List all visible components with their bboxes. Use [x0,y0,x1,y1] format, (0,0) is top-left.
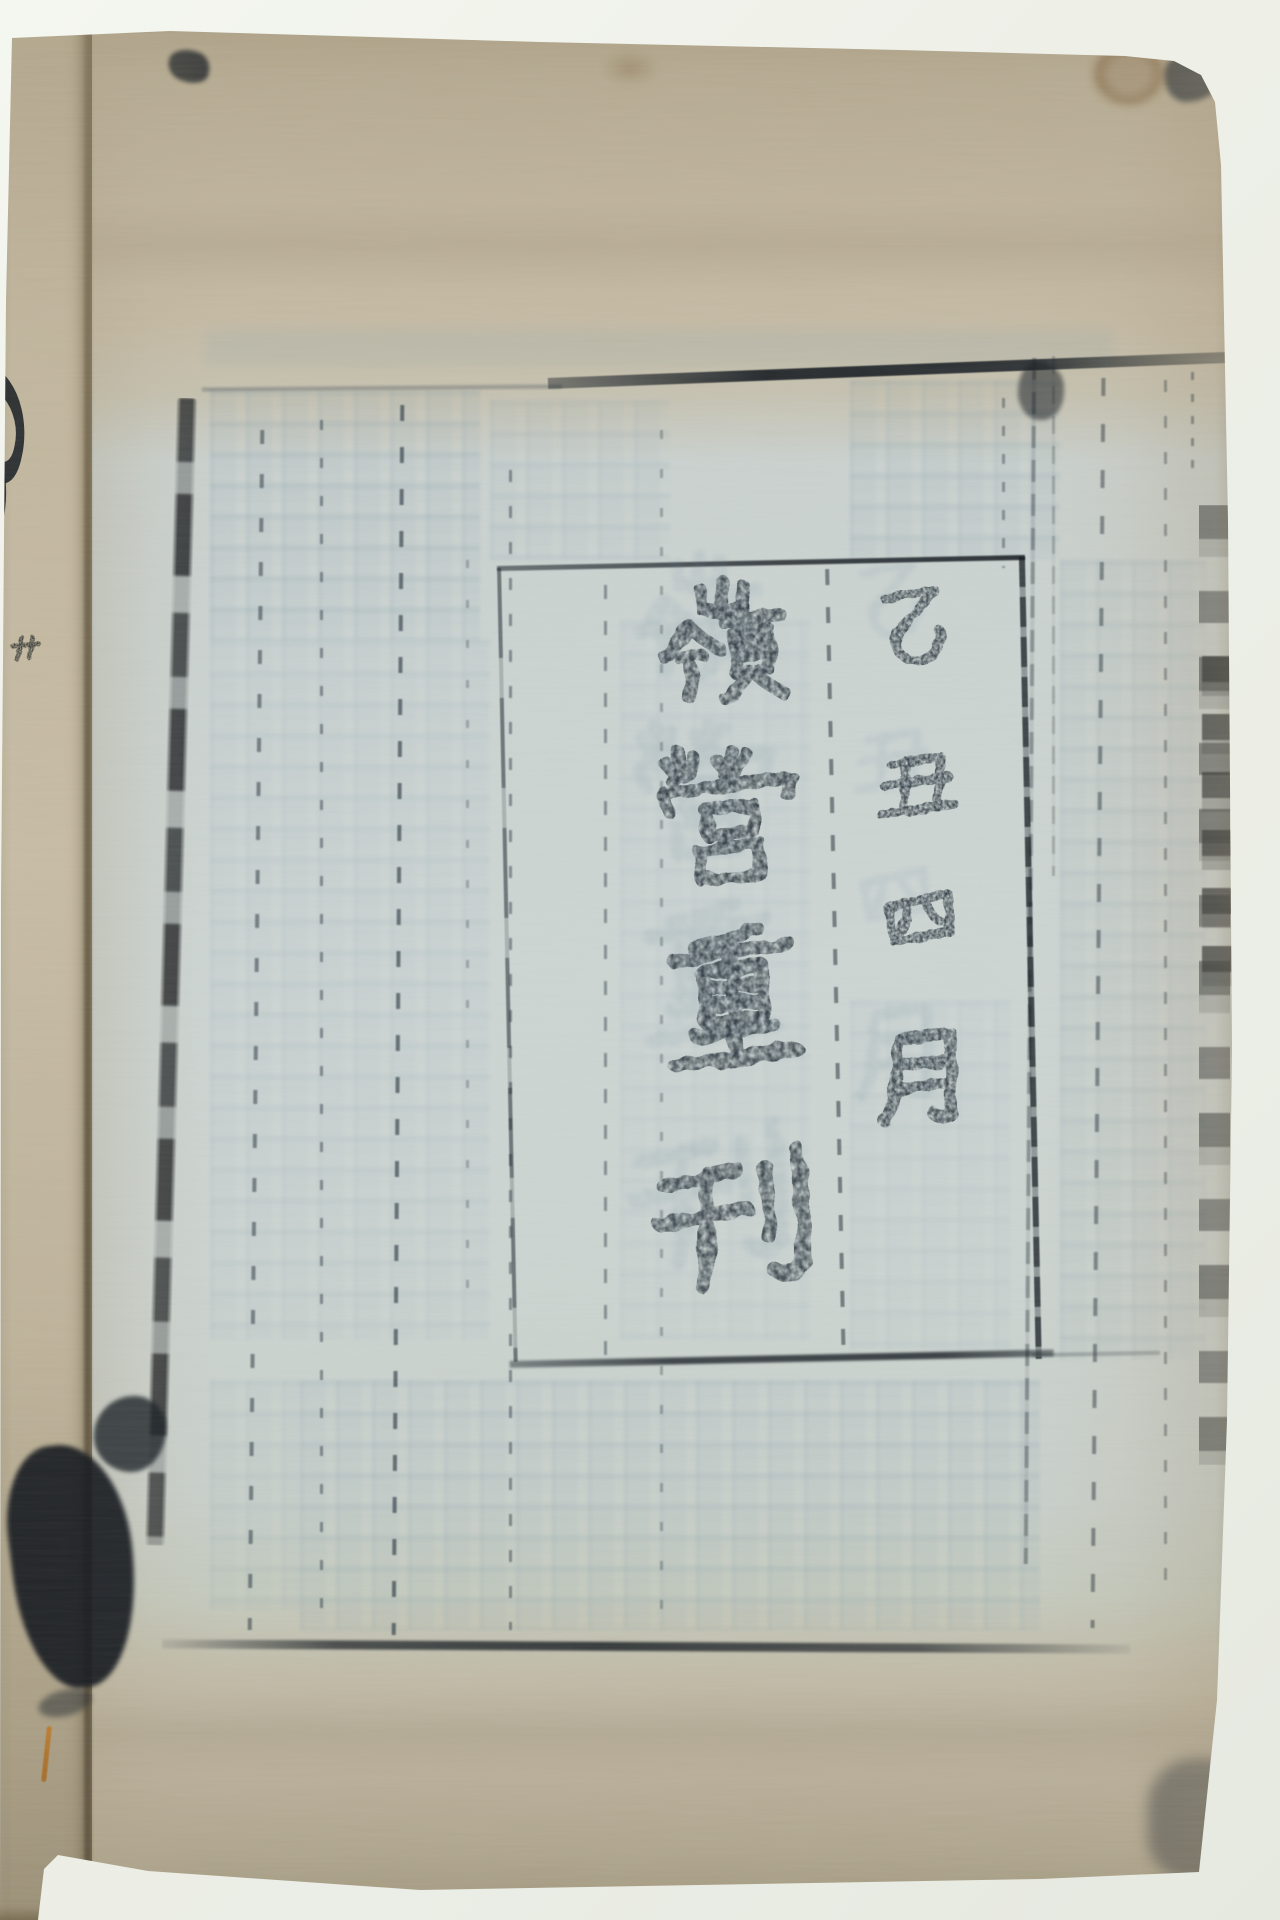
photo-backdrop: 乙丑四月 嶺營重刊 [0,0,1280,1920]
brown-stain [1088,38,1170,110]
colophon-char-r2 [862,730,972,840]
outer-frame-top-line [202,384,562,391]
frame-bleed-band [205,328,1115,366]
binding-thread [41,1726,52,1782]
colophon-char-l3 [629,908,840,1119]
bleed-text-block [1060,560,1205,1360]
colophon-char-r1 [858,574,968,684]
bleed-column-rule [466,560,469,1300]
brown-stain [600,48,660,88]
paper-crease [90,1688,1280,1778]
bleed-column-rule [1091,378,1106,1628]
partial-ink-mark [0,372,56,552]
colophon-char-r3 [863,863,975,975]
fore-edge-ink-marks [1202,656,1236,992]
spine-fold: 卄 [0,0,92,1920]
bleed-column-rule [248,430,265,1630]
outer-frame-bottom-line [162,1639,1130,1653]
outer-frame-top-line [548,352,1230,389]
spine-mark-text: 卄 [0,0,1,1]
title-box-border-bottom [510,1350,1054,1368]
bleed-text-block [850,380,1060,560]
bleed-column-rule [1191,372,1194,482]
ink-smudge [164,44,214,87]
spine-mark-glyph [2,606,54,692]
bleed-text-block [210,1380,300,1610]
corner-ink-smudge [1148,1758,1248,1882]
title-box-border-left [497,568,518,1362]
corner-ink-smudge [1164,56,1218,102]
bleed-text-block [300,1380,1040,1630]
paper-crease [90,200,1280,290]
bleed-column-rule [320,420,323,1635]
title-box-border-right [1019,557,1042,1359]
ink-blob [94,1396,166,1472]
colophon-char-l4 [630,1120,849,1339]
bleed-text-block [490,400,670,560]
bleed-text-block [210,640,490,1340]
outer-frame-left-border [144,398,198,1546]
book-page: 乙丑四月 嶺營重刊 [0,0,1280,1920]
bleed-column-rule [1002,398,1005,568]
bleed-column-rule [392,405,405,1635]
colophon-char-r4 [848,1002,998,1152]
bleed-column-rule [1164,380,1167,1595]
colophon-title-box: 乙丑四月 嶺營重刊 [497,555,1042,1368]
spine-crease-shadow [84,0,91,1920]
bleed-text-block [210,390,480,640]
outer-frame-right-border [1052,356,1055,876]
frame-ink-blotch [1018,362,1064,420]
